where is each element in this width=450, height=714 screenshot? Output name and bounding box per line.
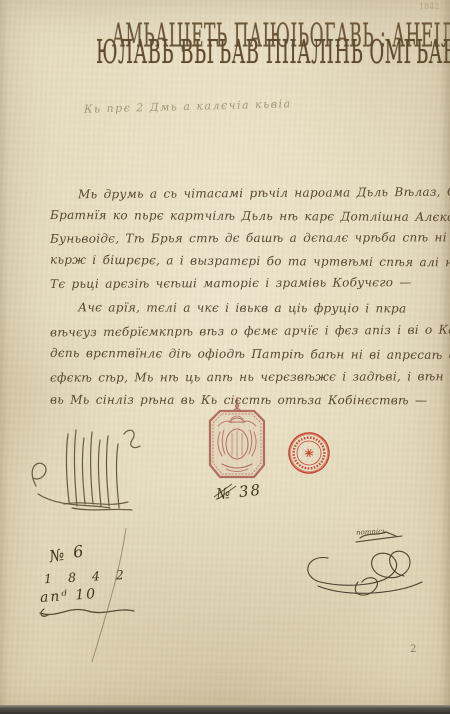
body-line: єфєкѣ сѣр, Мь нѣ ць апѣ нь чєрєзвѣжє і з…: [50, 369, 450, 384]
body-line: Мь друмь а сь чітасамі рѣчіл нароама Дьл…: [50, 185, 450, 202]
octagonal-coat-of-arms-seal: [206, 398, 268, 484]
body-line: вѣчєуз тєбрїємкпрѣ вѣз о фємє арчїє і фє…: [50, 323, 450, 340]
body-line: Ачє арїя, тєлі а чкє і івькв а ціь фруці…: [50, 300, 450, 315]
document-page: АМЬАЦІЕТЬ ПАІЮІЬОГАВЬ : АНЕІЛЬАІ † ЮЛАВЬ…: [0, 0, 450, 714]
flourish-signature: [298, 524, 428, 602]
diagonal-pen-stroke: [88, 526, 132, 666]
pen-scribble-marks: [28, 416, 153, 516]
archival-corner-number: 1842: [419, 2, 439, 11]
body-line: Братнїя ко пьрє картчілѣ Дьль нѣ карє До…: [50, 208, 450, 224]
pencil-annotation: Кь прє 2 Дмь а калєчіа кьвіа: [84, 97, 292, 115]
round-archive-stamp: [281, 425, 337, 481]
folio-number: 2: [410, 644, 416, 655]
body-line: Тє рьці арєзіѣ чєѣші маторіє і зрамівь К…: [50, 275, 450, 291]
body-line: кьрж і бішрєрє, а і вызратєрі бо та чртв…: [50, 253, 450, 270]
ornate-title-line-2: ЮЛАВЬ ВЬГЬАВ ПІІАЛІНЬ ОМГЬАВЛЬЮ 36 БЬЦВЬ…: [96, 34, 450, 72]
registry-number: № 6: [48, 541, 87, 566]
body-line: Буньвоідє, Тѣ Брья стѣ дє башѣ а дєпалє …: [50, 230, 450, 245]
seal-number-flourish: [212, 482, 238, 502]
paper-edge-shade-left: [0, 0, 8, 714]
scan-edge-bottom: [0, 705, 450, 714]
paper-edge-shade-right: [440, 0, 450, 714]
body-line: дєпь врєптвїнлє діѣ офіодѣ Патріѣ баѣн н…: [50, 346, 450, 362]
